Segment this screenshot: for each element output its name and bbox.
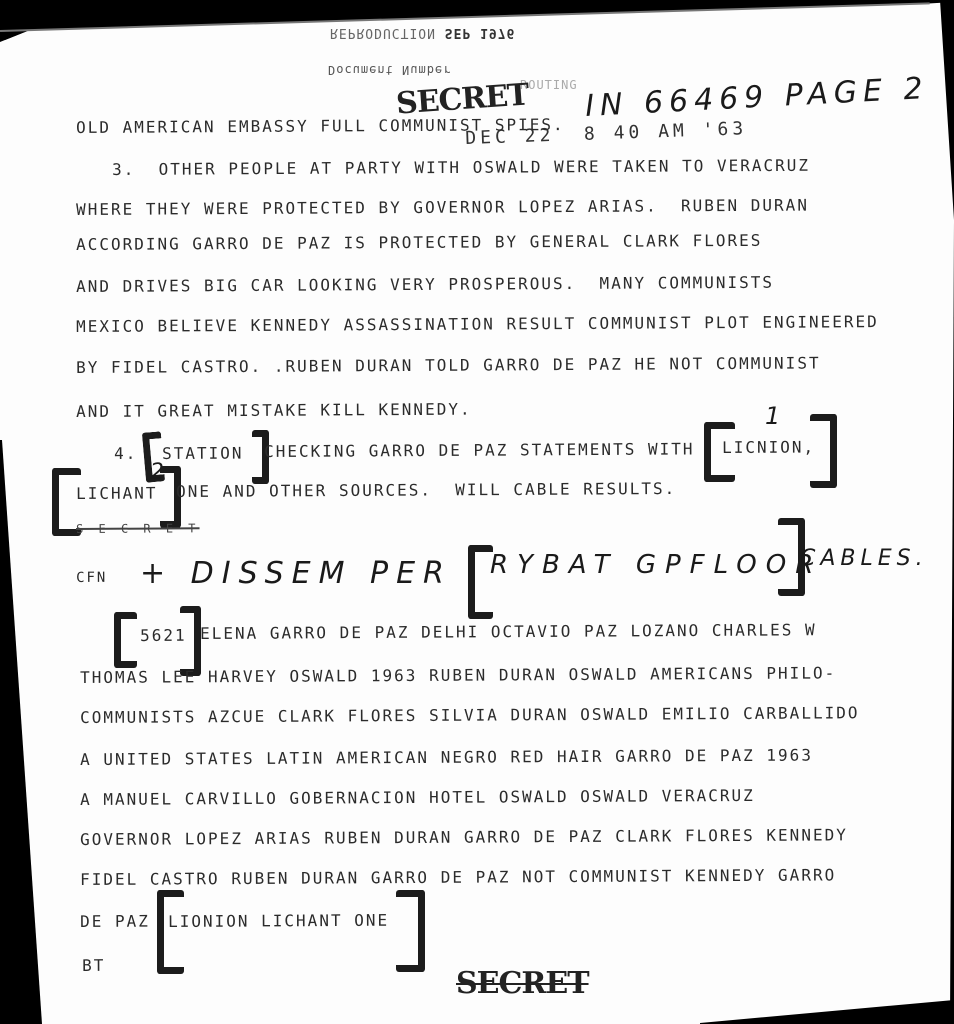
bracketed-cryptonym: LICHANT (76, 484, 158, 503)
paragraph-4-text: ONE AND OTHER SOURCES. WILL CABLE RESULT… (176, 479, 676, 501)
paragraph-4-number: 4. (114, 444, 137, 463)
cfn-label: CFN (76, 570, 107, 586)
bracketed-station: STATION (162, 444, 244, 463)
handwritten-dissem: + DISSEM PER (140, 556, 452, 591)
paragraph-4-text: CHECKING GARRO DE PAZ STATEMENTS WITH (264, 439, 695, 461)
body-line: OLD AMERICAN EMBASSY FULL COMMUNIST SPIE… (76, 115, 565, 137)
mirrored-stamp-document-number: Document Number (328, 63, 451, 77)
secret-stamp-bottom: SECRET (456, 966, 589, 1001)
body-line: AND IT GREAT MISTAKE KILL KENNEDY. (76, 400, 472, 421)
index-line-prefix: DE PAZ (80, 912, 150, 931)
mirrored-stamp-reproduction: REPRODUCTION SEP 1976 (330, 25, 515, 40)
handwritten-bracketed-slug: RYBAT GPFLOOR (490, 550, 822, 580)
handwritten-annotation-1: 1 (765, 402, 780, 430)
index-line: ELENA GARRO DE PAZ DELHI OCTAVIO PAZ LOZ… (200, 620, 817, 643)
bracketed-cryptonym: LICNION, (722, 437, 815, 457)
redaction-bracket-right (810, 414, 837, 488)
bt-marker: BT (82, 956, 105, 975)
redaction-bracket-left (114, 612, 137, 668)
secret-struck-through: S E C R E T (76, 521, 200, 536)
redaction-bracket-right (396, 890, 425, 972)
routing-stamp: ROUTING (520, 78, 578, 92)
bracketed-cryptonyms: LIONION LICHANT ONE (168, 911, 389, 931)
redaction-bracket-left (157, 890, 184, 974)
redaction-bracket-right (180, 606, 201, 676)
handwritten-cables: CABLES. (800, 546, 928, 571)
